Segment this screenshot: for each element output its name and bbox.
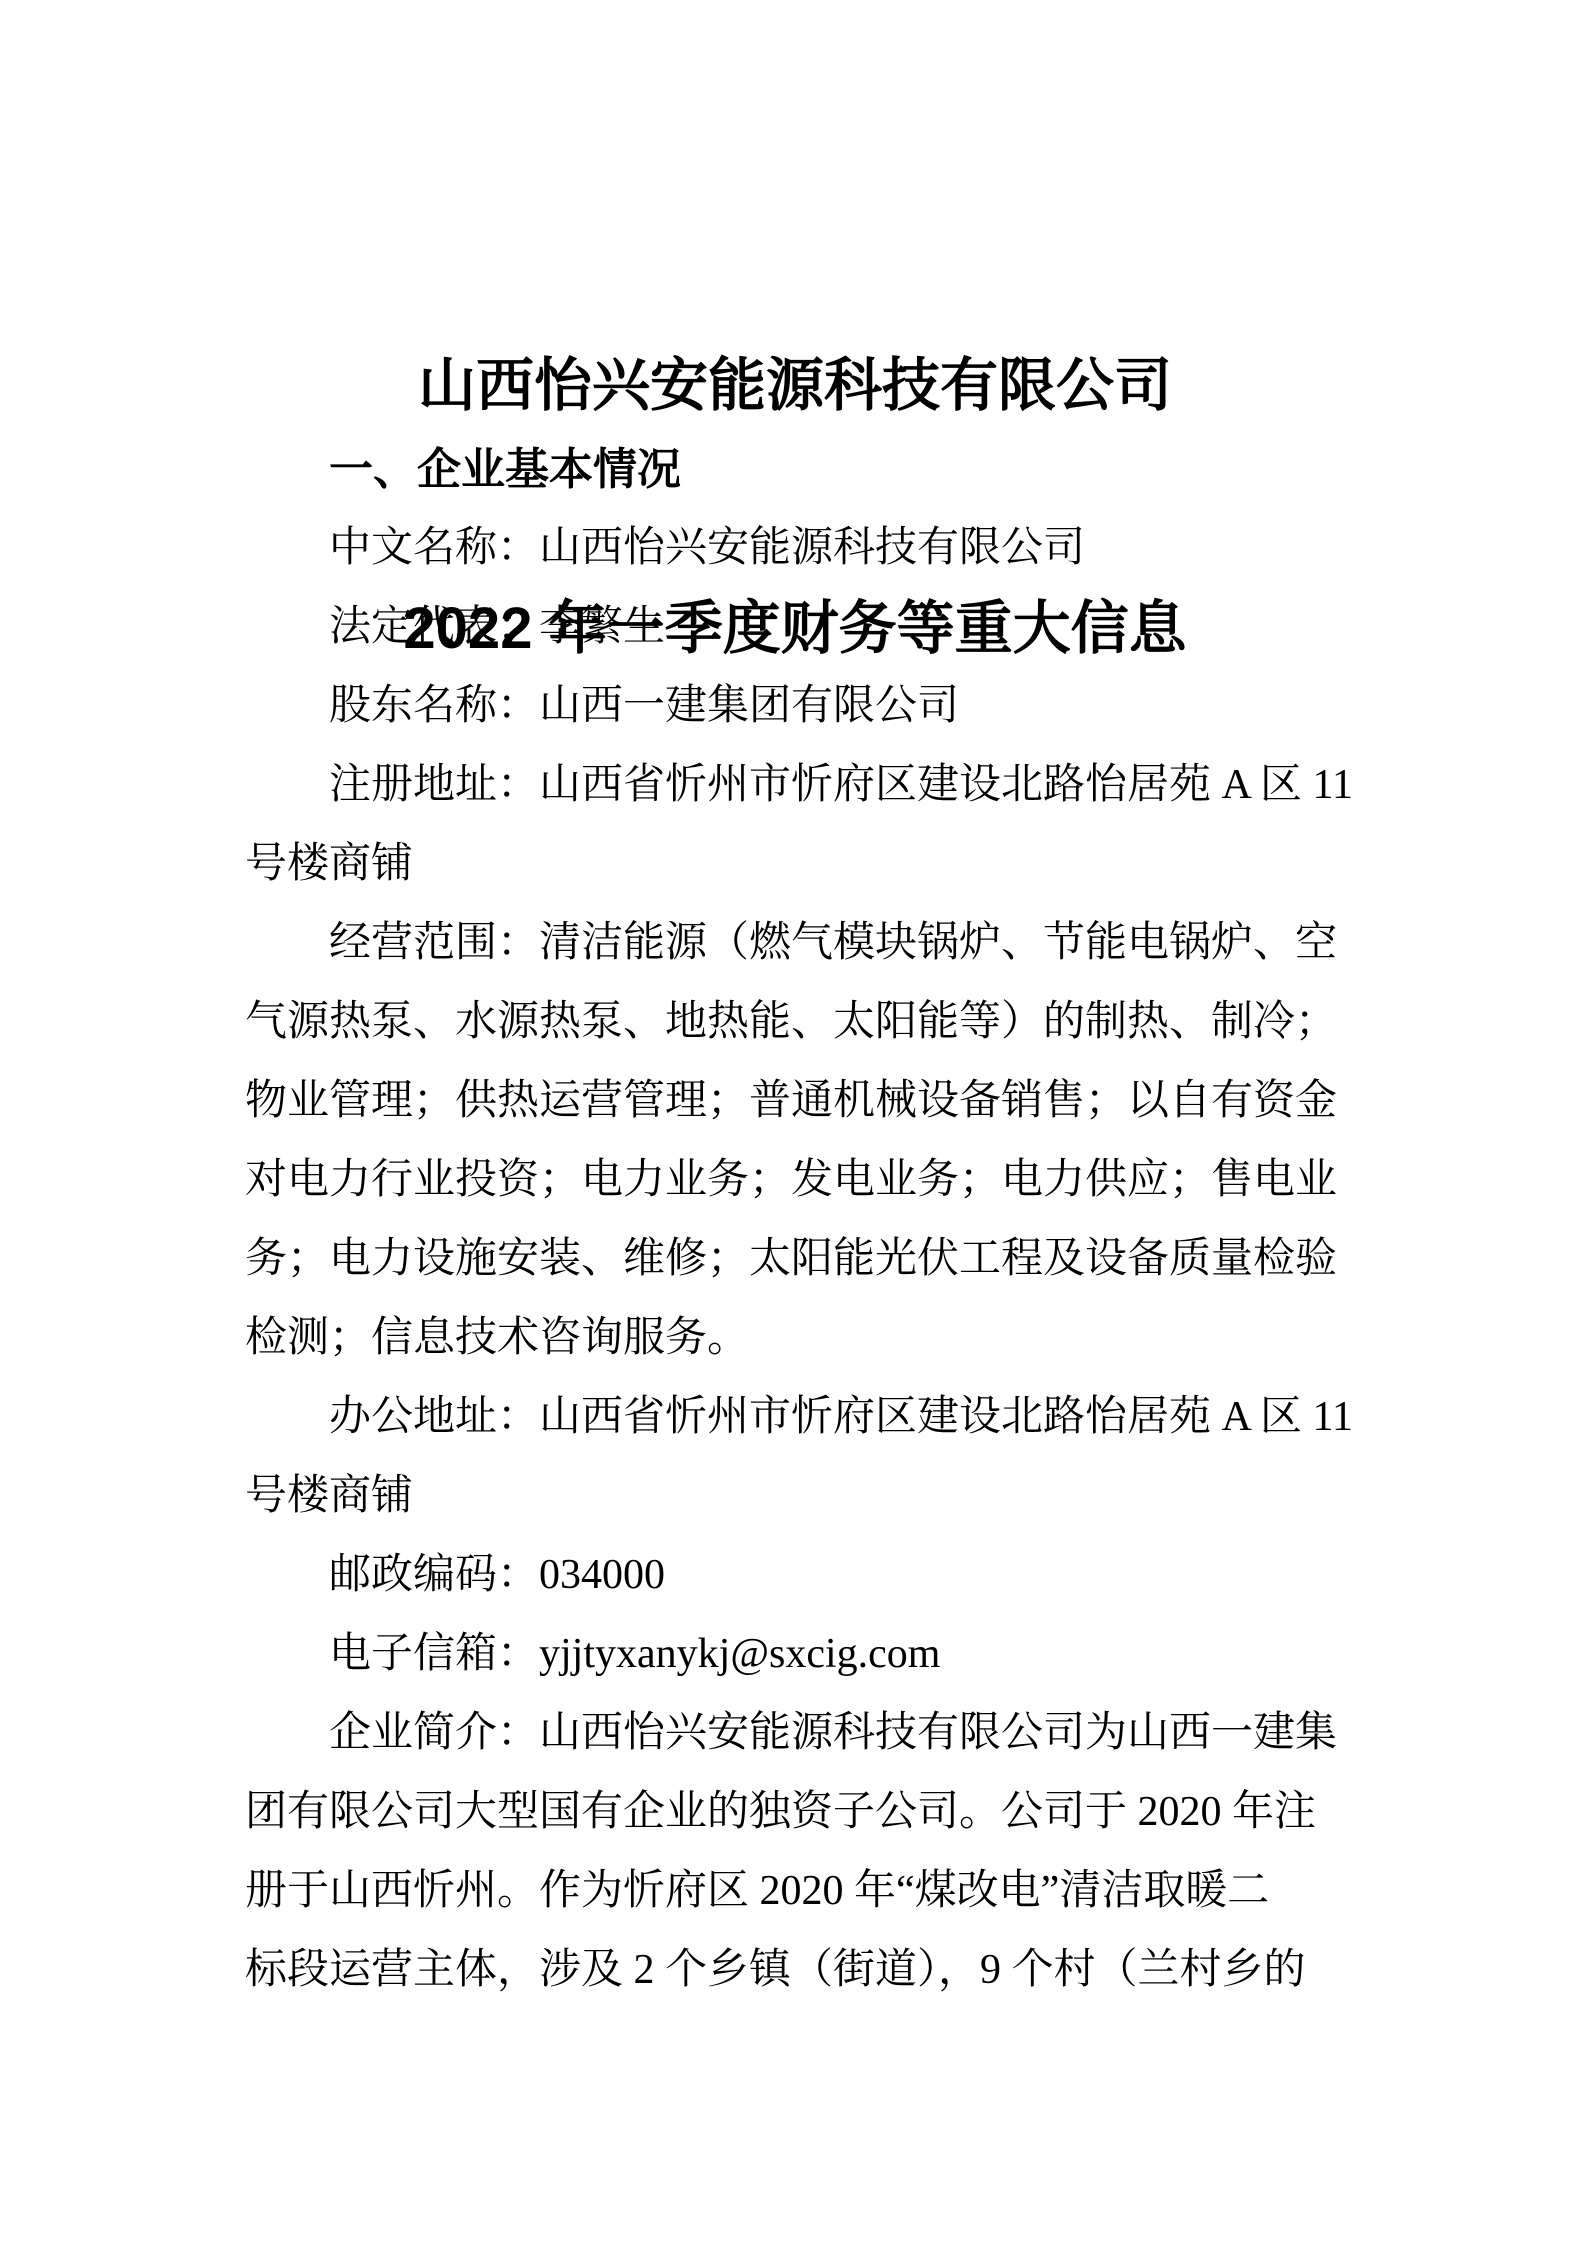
field-postal-code: 邮政编码：034000 — [245, 1536, 1345, 1615]
field-business-scope-line-6: 检测；信息技术咨询服务。 — [245, 1299, 1345, 1378]
company-profile-line-4: 标段运营主体，涉及 2 个乡镇（街道），9 个村（兰村乡的 — [245, 1931, 1345, 2010]
field-registered-address-line-1: 注册地址：山西省忻州市忻府区建设北路怡居苑 A 区 11 — [245, 746, 1345, 825]
company-profile-line-1: 企业简介：山西怡兴安能源科技有限公司为山西一建集 — [245, 1694, 1345, 1773]
section-heading-basic-info: 一、企业基本情况 — [245, 430, 1345, 509]
document-page: 山西怡兴安能源科技有限公司 2022 年一季度财务等重大信息 一、企业基本情况 … — [0, 0, 1587, 2245]
field-legal-representative: 法定代表：李繁生 — [245, 588, 1345, 667]
field-business-scope-line-2: 气源热泵、水源热泵、地热能、太阳能等）的制热、制冷； — [245, 983, 1345, 1062]
field-chinese-name: 中文名称：山西怡兴安能源科技有限公司 — [245, 509, 1345, 588]
field-shareholder-name: 股东名称：山西一建集团有限公司 — [245, 667, 1345, 746]
field-registered-address-line-2: 号楼商铺 — [245, 825, 1345, 904]
field-email: 电子信箱：yjjtyxanykj@sxcig.com — [245, 1615, 1345, 1694]
document-body: 一、企业基本情况 中文名称：山西怡兴安能源科技有限公司 法定代表：李繁生 股东名… — [245, 430, 1345, 2010]
field-office-address-line-2: 号楼商铺 — [245, 1457, 1345, 1536]
company-profile-line-2: 团有限公司大型国有企业的独资子公司。公司于 2020 年注 — [245, 1773, 1345, 1852]
field-office-address-line-1: 办公地址：山西省忻州市忻府区建设北路怡居苑 A 区 11 — [245, 1378, 1345, 1457]
field-business-scope-line-4: 对电力行业投资；电力业务；发电业务；电力供应；售电业 — [245, 1141, 1345, 1220]
company-profile-line-3: 册于山西忻州。作为忻府区 2020 年“煤改电”清洁取暖二 — [245, 1852, 1345, 1931]
field-business-scope-line-1: 经营范围：清洁能源（燃气模块锅炉、节能电锅炉、空 — [245, 904, 1345, 983]
document-title-line-1: 山西怡兴安能源科技有限公司 — [245, 345, 1345, 426]
field-business-scope-line-5: 务；电力设施安装、维修；太阳能光伏工程及设备质量检验 — [245, 1220, 1345, 1299]
field-business-scope-line-3: 物业管理；供热运营管理；普通机械设备销售；以自有资金 — [245, 1062, 1345, 1141]
